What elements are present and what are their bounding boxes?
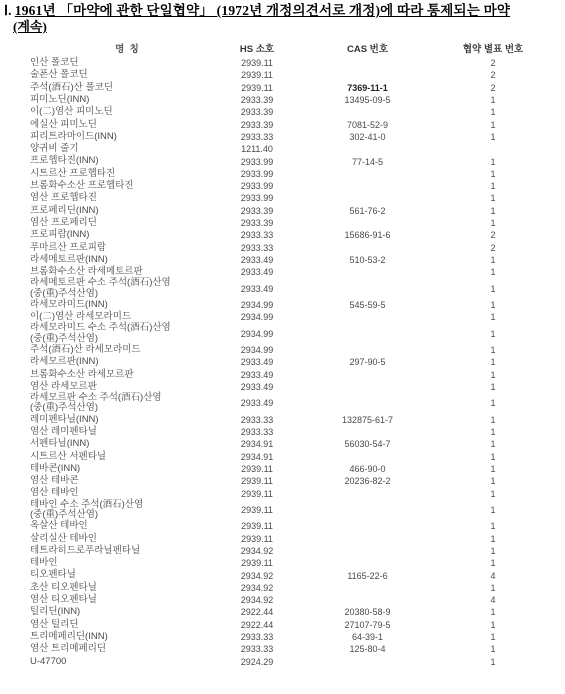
substance-name: 프로헵타진(INN): [30, 156, 224, 166]
substance-name: 피미노딘(INN): [30, 95, 224, 105]
substance-name: 서펜타닐(INN): [30, 439, 224, 449]
cell-hs-subheading: 2933.33: [224, 415, 290, 425]
cell-name: 술폰산 폴코딘: [30, 70, 224, 80]
substance-name: 염산 트리메페리딘: [30, 644, 224, 654]
document-page: Ⅰ.1961년 「마약에 관한 단일협약」 (1972년 개정의견서로 개정)에…: [0, 0, 565, 694]
substance-name: 라세모라미드(INN): [30, 300, 224, 310]
cell-schedule-number: 4: [445, 595, 541, 605]
column-header-cas: CAS 번호: [290, 41, 445, 55]
cell-name: 라세모르판 수소 주석(酒石)산염(중(重)주석산염): [30, 393, 224, 413]
cell-hs-subheading: 2933.33: [224, 644, 290, 654]
cell-schedule-number: 1: [445, 357, 541, 367]
cell-cas-number: 56030-54-7: [290, 439, 445, 449]
cell-name: 테바콘(INN): [30, 464, 224, 474]
cell-hs-subheading: 2922.44: [224, 607, 290, 617]
substance-name: U-47700: [30, 657, 224, 667]
substance-name-line2: (중(重)주석산염): [30, 510, 224, 520]
substance-name: 테바인: [30, 558, 224, 568]
table-row: 염산 레미펜타닐 2933.33 1: [30, 426, 565, 438]
cell-schedule-number: 1: [445, 345, 541, 355]
cell-name: 프로페리딘(INN): [30, 206, 224, 216]
substance-name: 브롬화수소산 프로헵타진: [30, 181, 224, 191]
cell-name: 피리트라마이드(INN): [30, 132, 224, 142]
cell-hs-subheading: 2933.33: [224, 632, 290, 642]
cell-schedule-number: 1: [445, 132, 541, 142]
table-row: 틸리딘(INN) 2922.44 20380-58-9 1: [30, 606, 565, 618]
cell-name: 브롬화수소산 라세모르판: [30, 370, 224, 380]
cell-name: 테트라히드로푸라닐펜타닐: [30, 546, 224, 556]
substance-name: 살리실산 테바인: [30, 534, 224, 544]
cell-schedule-number: 2: [445, 70, 541, 80]
cell-cas-number: 64-39-1: [290, 632, 445, 642]
cell-hs-subheading: 2939.11: [224, 58, 290, 68]
cell-schedule-number: 1: [445, 620, 541, 630]
table-row: 옥살산 테바인 2939.11 1: [30, 520, 565, 532]
cell-name: 양귀비 줄기: [30, 144, 224, 154]
cell-cas-number: 20380-58-9: [290, 607, 445, 617]
substance-name: 염산 테바콘: [30, 476, 224, 486]
cell-hs-subheading: 2933.39: [224, 120, 290, 130]
cell-hs-subheading: 1211.40: [224, 144, 290, 154]
table-row: 주석(酒石)산 폴코딘 2939.11 7369-11-1 2: [30, 82, 565, 94]
title-continuation: (계속): [0, 20, 47, 34]
cell-name: 초산 티오펜타닐: [30, 583, 224, 593]
cell-schedule-number: 2: [445, 58, 541, 68]
cell-name: 염산 프로헵타진: [30, 193, 224, 203]
table-row: 테바인 2939.11 1: [30, 557, 565, 569]
cell-hs-subheading: 2934.99: [224, 300, 290, 310]
cell-cas-number: 1165-22-6: [290, 571, 445, 581]
table-row: 푸마르산 프로피람 2933.33 2: [30, 241, 565, 253]
cell-schedule-number: 1: [445, 464, 541, 474]
cell-name: 이(二)염산 피미노딘: [30, 107, 224, 117]
cell-hs-subheading: 2934.91: [224, 439, 290, 449]
cell-hs-subheading: 2933.49: [224, 284, 290, 294]
cell-schedule-number: 1: [445, 398, 541, 408]
cell-name: 염산 틸리딘: [30, 620, 224, 630]
cell-schedule-number: 1: [445, 534, 541, 544]
cell-hs-subheading: 2933.49: [224, 370, 290, 380]
substance-name: 프로페리딘(INN): [30, 206, 224, 216]
cell-schedule-number: 1: [445, 558, 541, 568]
cell-cas-number: 20236-82-2: [290, 476, 445, 486]
table-row: 테트라히드로푸라닐펜타닐 2934.92 1: [30, 545, 565, 557]
cell-hs-subheading: 2934.92: [224, 546, 290, 556]
cell-schedule-number: 1: [445, 267, 541, 277]
table-row: 라세모르판(INN) 2933.49 297-90-5 1: [30, 356, 565, 368]
table-row: 염산 트리메페리딘 2933.33 125-80-4 1: [30, 643, 565, 655]
cell-hs-subheading: 2933.99: [224, 169, 290, 179]
cell-cas-number: 302-41-0: [290, 132, 445, 142]
cell-name: 염산 프로페리딘: [30, 218, 224, 228]
cell-hs-subheading: 2939.11: [224, 476, 290, 486]
cell-hs-subheading: 2934.99: [224, 329, 290, 339]
cell-cas-number: 77-14-5: [290, 157, 445, 167]
substance-name: 옥살산 테바인: [30, 521, 224, 531]
cell-name: 티오펜타닐: [30, 570, 224, 580]
cell-name: 라세메토르판(INN): [30, 255, 224, 265]
cell-name: 테바인: [30, 558, 224, 568]
cell-schedule-number: 1: [445, 505, 541, 515]
cell-cas-number: 545-59-5: [290, 300, 445, 310]
cell-name: 피미노딘(INN): [30, 95, 224, 105]
cell-schedule-number: 1: [445, 284, 541, 294]
table-row: 초산 티오펜타닐 2934.92 1: [30, 582, 565, 594]
cell-name: 시트르산 프로헵타진: [30, 169, 224, 179]
table-row: 주석(酒石)산 라세모라미드 2934.99 1: [30, 344, 565, 356]
cell-schedule-number: 1: [445, 521, 541, 531]
cell-hs-subheading: 2933.49: [224, 267, 290, 277]
cell-name: U-47700: [30, 657, 224, 667]
cell-hs-subheading: 2933.39: [224, 107, 290, 117]
substance-name: 염산 레미펜타닐: [30, 427, 224, 437]
cell-name: 주석(酒石)산 폴코딘: [30, 83, 224, 93]
cell-name: 옥살산 테바인: [30, 521, 224, 531]
cell-schedule-number: 1: [445, 120, 541, 130]
table-row: 프로페리딘(INN) 2933.39 561-76-2 1: [30, 205, 565, 217]
narcotics-table: 명 칭 HS 소호 CAS 번호 협약 별표 번호 인산 폴코딘 2939.11…: [0, 41, 565, 668]
cell-name: 에실산 피미노딘: [30, 120, 224, 130]
cell-schedule-number: 1: [445, 255, 541, 265]
cell-schedule-number: 1: [445, 107, 541, 117]
cell-schedule-number: 1: [445, 489, 541, 499]
cell-schedule-number: 1: [445, 439, 541, 449]
substance-name: 레미펜타닐(INN): [30, 415, 224, 425]
table-row: 염산 프로헵타진 2933.99 1: [30, 192, 565, 204]
table-row: 테바콘(INN) 2939.11 466-90-0 1: [30, 463, 565, 475]
cell-hs-subheading: 2939.11: [224, 534, 290, 544]
cell-name: 주석(酒石)산 라세모라미드: [30, 345, 224, 355]
cell-schedule-number: 1: [445, 644, 541, 654]
cell-schedule-number: 1: [445, 157, 541, 167]
cell-schedule-number: 1: [445, 181, 541, 191]
cell-hs-subheading: 2934.99: [224, 345, 290, 355]
table-row: 라세모라미드(INN) 2934.99 545-59-5 1: [30, 299, 565, 311]
substance-name: 주석(酒石)산 라세모라미드: [30, 345, 224, 355]
cell-name: 프로피람(INN): [30, 230, 224, 240]
cell-name: 라세모라미드(INN): [30, 300, 224, 310]
table-row: 술폰산 폴코딘 2939.11 2: [30, 69, 565, 81]
cell-hs-subheading: 2939.11: [224, 558, 290, 568]
cell-hs-subheading: 2934.91: [224, 452, 290, 462]
cell-schedule-number: 1: [445, 546, 541, 556]
cell-cas-number: 15686-91-6: [290, 230, 445, 240]
substance-name: 브롬화수소산 라세메토르판: [30, 267, 224, 277]
cell-name: 살리실산 테바인: [30, 534, 224, 544]
cell-schedule-number: 1: [445, 476, 541, 486]
cell-hs-subheading: 2934.92: [224, 595, 290, 605]
cell-hs-subheading: 2933.33: [224, 132, 290, 142]
substance-name: 브롬화수소산 라세모르판: [30, 370, 224, 380]
cell-cas-number: 510-53-2: [290, 255, 445, 265]
cell-cas-number: 297-90-5: [290, 357, 445, 367]
column-header-hs: HS 소호: [224, 41, 290, 55]
cell-hs-subheading: 2933.49: [224, 357, 290, 367]
table-row: 시트르산 프로헵타진 2933.99 1: [30, 168, 565, 180]
table-row: 티오펜타닐 2934.92 1165-22-6 4: [30, 569, 565, 581]
cell-name: 염산 레미펜타닐: [30, 427, 224, 437]
cell-cas-number: 27107-79-5: [290, 620, 445, 630]
table-row: 라세메토르판(INN) 2933.49 510-53-2 1: [30, 254, 565, 266]
cell-hs-subheading: 2934.92: [224, 583, 290, 593]
table-row: 레미펜타닐(INN) 2933.33 132875-61-7 1: [30, 414, 565, 426]
cell-hs-subheading: 2934.99: [224, 312, 290, 322]
table-row: 서펜타닐(INN) 2934.91 56030-54-7 1: [30, 438, 565, 450]
cell-schedule-number: 1: [445, 312, 541, 322]
cell-cas-number: 125-80-4: [290, 644, 445, 654]
column-header-name: 명 칭: [30, 41, 224, 55]
table-row: 양귀비 줄기 1211.40: [30, 143, 565, 155]
cell-schedule-number: 2: [445, 243, 541, 253]
substance-name: 테바콘(INN): [30, 464, 224, 474]
substance-name: 술폰산 폴코딘: [30, 70, 224, 80]
substance-name: 이(二)염산 라세모라미드: [30, 312, 224, 322]
substance-name: 시트르산 서펜타닐: [30, 452, 224, 462]
substance-name: 시트르산 프로헵타진: [30, 169, 224, 179]
cell-hs-subheading: 2939.11: [224, 505, 290, 515]
substance-name: 라세메토르판(INN): [30, 255, 224, 265]
table-row: 염산 프로페리딘 2933.39 1: [30, 217, 565, 229]
cell-name: 인산 폴코딘: [30, 58, 224, 68]
cell-hs-subheading: 2933.39: [224, 218, 290, 228]
cell-name: 염산 티오펜타닐: [30, 595, 224, 605]
substance-name: 테트라히드로푸라닐펜타닐: [30, 546, 224, 556]
cell-name: 트리메페리딘(INN): [30, 632, 224, 642]
cell-name: 프로헵타진(INN): [30, 156, 224, 166]
table-row: U-47700 2924.29 1: [30, 655, 565, 667]
cell-schedule-number: 1: [445, 632, 541, 642]
substance-name: 초산 티오펜타닐: [30, 583, 224, 593]
substance-name: 이(二)염산 피미노딘: [30, 107, 224, 117]
cell-cas-number: 13495-09-5: [290, 95, 445, 105]
cell-hs-subheading: 2933.33: [224, 243, 290, 253]
cell-name: 시트르산 서펜타닐: [30, 452, 224, 462]
cell-hs-subheading: 2933.33: [224, 230, 290, 240]
substance-name-line2: (중(重)주석산염): [30, 334, 224, 344]
cell-cas-number: 7081-52-9: [290, 120, 445, 130]
cell-hs-subheading: 2933.99: [224, 181, 290, 191]
cell-name: 테바인 수소 주석(酒石)산염(중(重)주석산염): [30, 500, 224, 520]
cell-name: 틸리딘(INN): [30, 607, 224, 617]
cell-hs-subheading: 2922.44: [224, 620, 290, 630]
cell-name: 레미펜타닐(INN): [30, 415, 224, 425]
table-row: 트리메페리딘(INN) 2933.33 64-39-1 1: [30, 631, 565, 643]
cell-name: 브롬화수소산 라세메토르판: [30, 267, 224, 277]
substance-name: 라세모르판(INN): [30, 357, 224, 367]
cell-cas-number: 466-90-0: [290, 464, 445, 474]
cell-hs-subheading: 2933.99: [224, 193, 290, 203]
table-row: 염산 테바콘 2939.11 20236-82-2 1: [30, 475, 565, 487]
cell-hs-subheading: 2939.11: [224, 464, 290, 474]
cell-schedule-number: 1: [445, 300, 541, 310]
substance-name-line2: (중(重)주석산염): [30, 289, 224, 299]
cell-name: 염산 테바인: [30, 488, 224, 498]
cell-schedule-number: 1: [445, 169, 541, 179]
cell-name: 염산 라세모르판: [30, 382, 224, 392]
table-row: 이(二)염산 피미노딘 2933.39 1: [30, 106, 565, 118]
cell-hs-subheading: 2933.49: [224, 382, 290, 392]
cell-schedule-number: 2: [445, 230, 541, 240]
substance-name: 틸리딘(INN): [30, 607, 224, 617]
cell-schedule-number: 4: [445, 571, 541, 581]
table-row: 브롬화수소산 라세모르판 2933.49 1: [30, 369, 565, 381]
table-row: 염산 테바인 2939.11 1: [30, 487, 565, 499]
table-row: 테바인 수소 주석(酒石)산염(중(重)주석산염) 2939.11 1: [30, 500, 565, 521]
substance-name: 티오펜타닐: [30, 570, 224, 580]
table-row: 인산 폴코딘 2939.11 2: [30, 57, 565, 69]
cell-name: 서펜타닐(INN): [30, 439, 224, 449]
table-header-row: 명 칭 HS 소호 CAS 번호 협약 별표 번호: [30, 41, 565, 55]
table-row: 피미노딘(INN) 2933.39 13495-09-5 1: [30, 94, 565, 106]
substance-name: 염산 프로헵타진: [30, 193, 224, 203]
substance-name: 프로피람(INN): [30, 230, 224, 240]
table-row: 라세메토르판 수소 주석(酒石)산염(중(重)주석산염) 2933.49 1: [30, 278, 565, 299]
cell-schedule-number: 1: [445, 193, 541, 203]
table-row: 라세모라미드 수소 주석(酒石)산염(중(重)주석산염) 2934.99 1: [30, 323, 565, 344]
cell-hs-subheading: 2939.11: [224, 489, 290, 499]
cell-schedule-number: 1: [445, 329, 541, 339]
cell-name: 염산 트리메페리딘: [30, 644, 224, 654]
column-header-schedule: 협약 별표 번호: [445, 41, 541, 55]
cell-hs-subheading: 2933.99: [224, 157, 290, 167]
cell-schedule-number: 1: [445, 370, 541, 380]
table-row: 프로헵타진(INN) 2933.99 77-14-5 1: [30, 155, 565, 167]
substance-name: 염산 테바인: [30, 488, 224, 498]
cell-schedule-number: 1: [445, 95, 541, 105]
cell-hs-subheading: 2933.39: [224, 206, 290, 216]
cell-cas-number: 7369-11-1: [290, 83, 445, 93]
title-numeral: Ⅰ.: [4, 3, 12, 18]
table-row: 에실산 피미노딘 2933.39 7081-52-9 1: [30, 118, 565, 130]
cell-hs-subheading: 2939.11: [224, 70, 290, 80]
cell-hs-subheading: 2933.33: [224, 427, 290, 437]
cell-schedule-number: 1: [445, 427, 541, 437]
cell-hs-subheading: 2933.49: [224, 398, 290, 408]
substance-name: 피리트라마이드(INN): [30, 132, 224, 142]
cell-cas-number: 132875-61-7: [290, 415, 445, 425]
table-row: 시트르산 서펜타닐 2934.91 1: [30, 451, 565, 463]
cell-schedule-number: 1: [445, 657, 541, 667]
substance-name: 염산 티오펜타닐: [30, 595, 224, 605]
title-text: 1961년 「마약에 관한 단일협약」 (1972년 개정의견서로 개정)에 따…: [15, 3, 510, 18]
cell-schedule-number: 1: [445, 206, 541, 216]
table-row: 염산 틸리딘 2922.44 27107-79-5 1: [30, 619, 565, 631]
substance-name: 주석(酒石)산 폴코딘: [30, 83, 224, 93]
substance-name: 염산 프로페리딘: [30, 218, 224, 228]
table-row: 프로피람(INN) 2933.33 15686-91-6 2: [30, 229, 565, 241]
cell-hs-subheading: 2933.39: [224, 95, 290, 105]
substance-name: 에실산 피미노딘: [30, 120, 224, 130]
table-row: 살리실산 테바인 2939.11 1: [30, 533, 565, 545]
cell-schedule-number: 1: [445, 415, 541, 425]
table-body: 인산 폴코딘 2939.11 2 술폰산 폴코딘 2939.11 2 주석(酒石…: [0, 57, 565, 668]
cell-name: 염산 테바콘: [30, 476, 224, 486]
cell-hs-subheading: 2924.29: [224, 657, 290, 667]
cell-schedule-number: 1: [445, 607, 541, 617]
substance-name: 염산 틸리딘: [30, 620, 224, 630]
cell-schedule-number: 1: [445, 583, 541, 593]
page-title: Ⅰ.1961년 「마약에 관한 단일협약」 (1972년 개정의견서로 개정)에…: [0, 3, 565, 18]
substance-name: 염산 라세모르판: [30, 382, 224, 392]
cell-cas-number: 561-76-2: [290, 206, 445, 216]
substance-name: 푸마르산 프로피람: [30, 243, 224, 253]
substance-name-line2: (중(重)주석산염): [30, 403, 224, 413]
cell-hs-subheading: 2939.11: [224, 83, 290, 93]
cell-schedule-number: 2: [445, 83, 541, 93]
cell-name: 브롬화수소산 프로헵타진: [30, 181, 224, 191]
cell-hs-subheading: 2933.49: [224, 255, 290, 265]
table-row: 브롬화수소산 프로헵타진 2933.99 1: [30, 180, 565, 192]
cell-schedule-number: 1: [445, 452, 541, 462]
cell-name: 푸마르산 프로피람: [30, 243, 224, 253]
table-row: 염산 티오펜타닐 2934.92 4: [30, 594, 565, 606]
cell-name: 이(二)염산 라세모라미드: [30, 312, 224, 322]
substance-name: 인산 폴코딘: [30, 58, 224, 68]
table-row: 라세모르판 수소 주석(酒石)산염(중(重)주석산염) 2933.49 1: [30, 393, 565, 414]
substance-name: 양귀비 줄기: [30, 144, 224, 154]
cell-schedule-number: 1: [445, 218, 541, 228]
cell-name: 라세메토르판 수소 주석(酒石)산염(중(重)주석산염): [30, 278, 224, 298]
cell-schedule-number: 1: [445, 382, 541, 392]
cell-name: 라세모라미드 수소 주석(酒石)산염(중(重)주석산염): [30, 323, 224, 343]
cell-hs-subheading: 2934.92: [224, 571, 290, 581]
cell-name: 라세모르판(INN): [30, 357, 224, 367]
substance-name: 트리메페리딘(INN): [30, 632, 224, 642]
cell-hs-subheading: 2939.11: [224, 521, 290, 531]
table-row: 피리트라마이드(INN) 2933.33 302-41-0 1: [30, 131, 565, 143]
